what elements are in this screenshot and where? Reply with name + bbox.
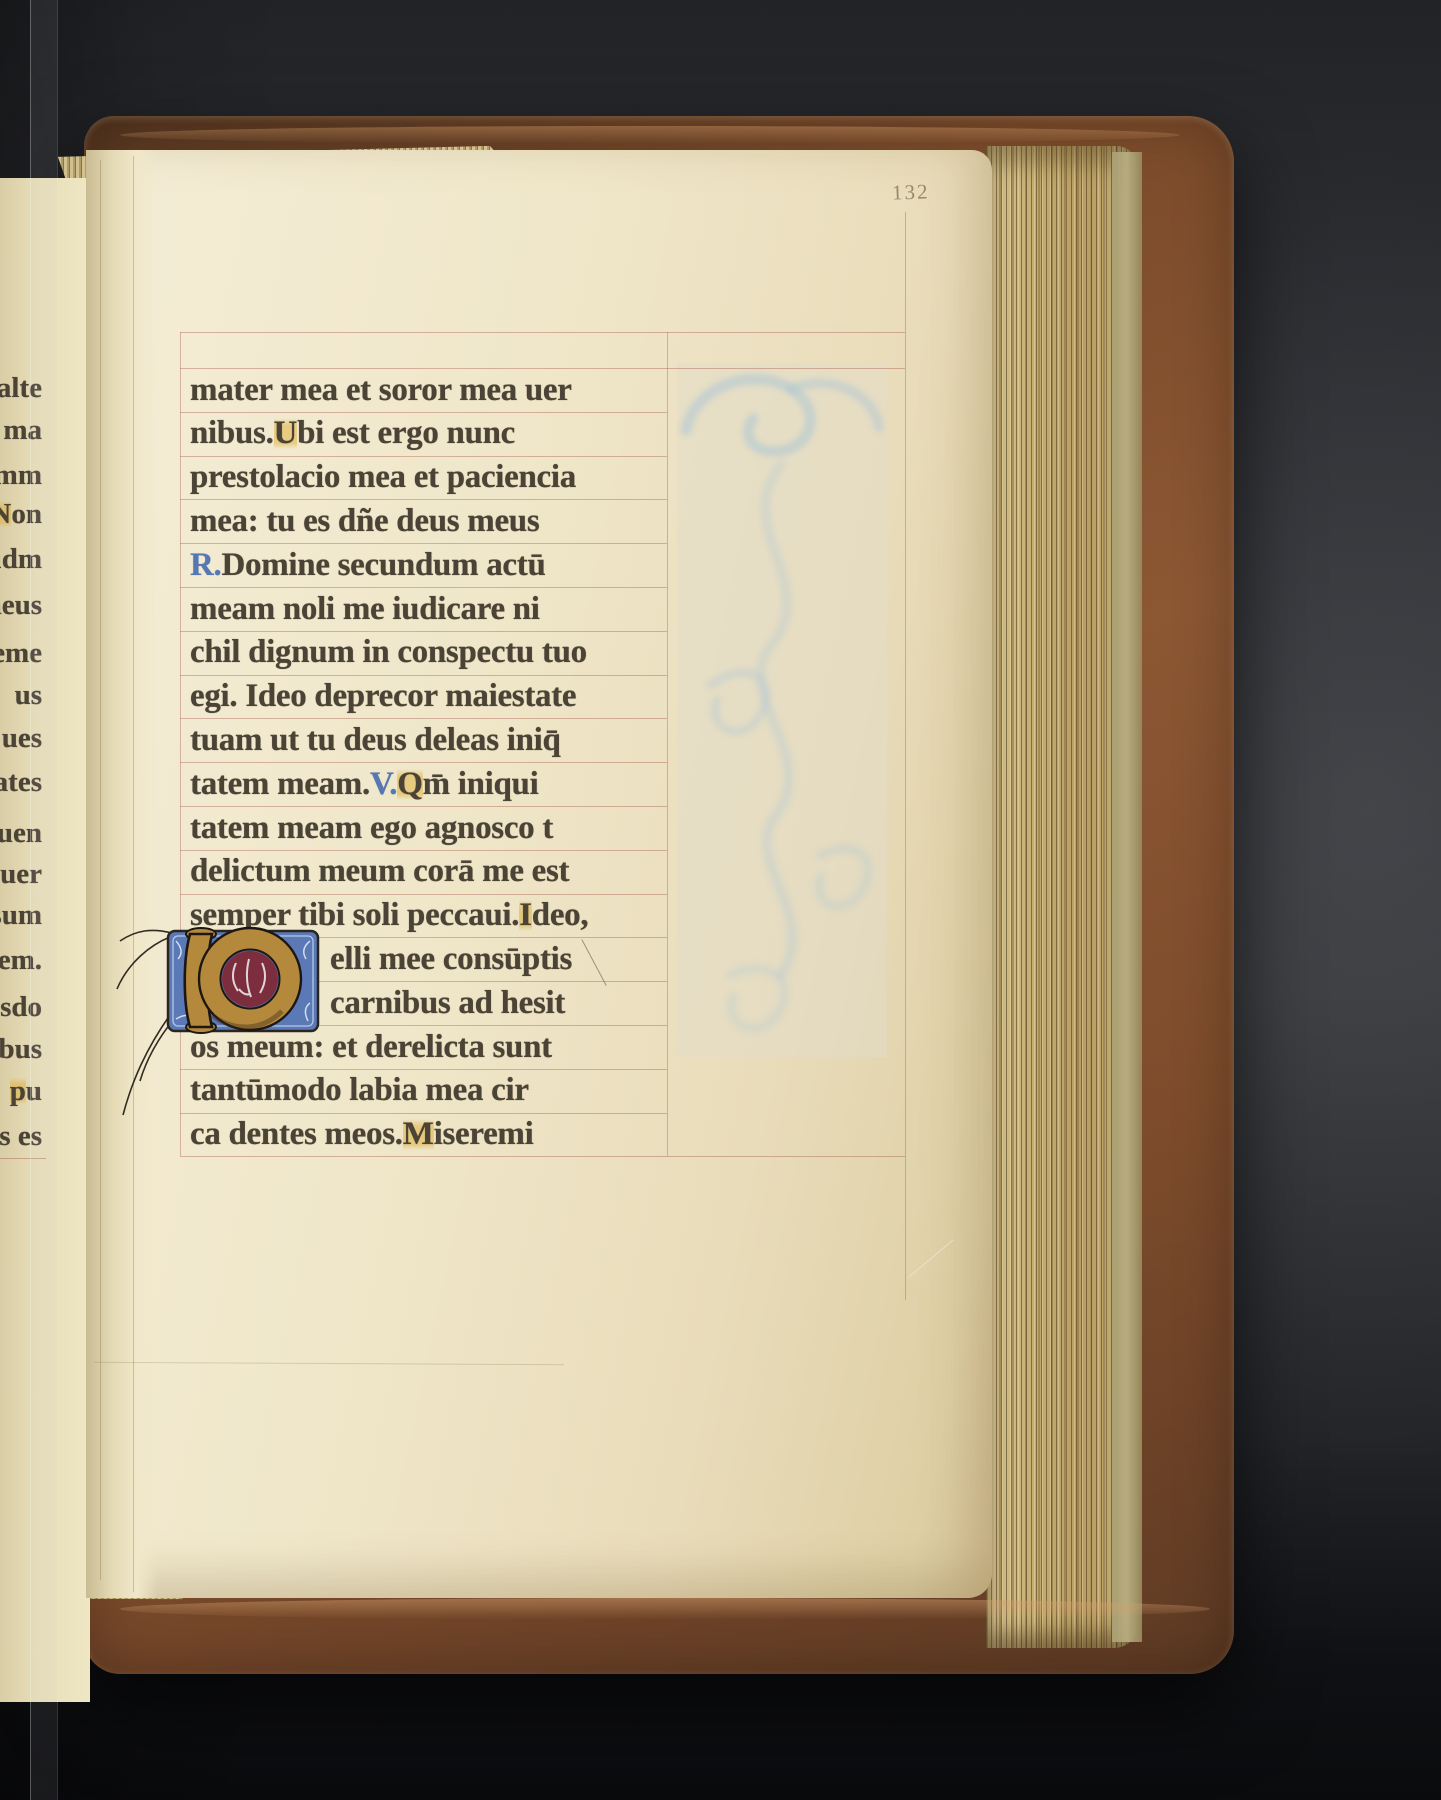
text-segment: carnibus ad hesit bbox=[330, 985, 565, 1022]
text-line: mater mea et soror mea uer bbox=[190, 368, 680, 412]
text-line: tuam ut tu deus deleas iniq̄ bbox=[190, 718, 680, 762]
text-segment: prestolacio mea et paciencia bbox=[190, 459, 576, 496]
text-line: mea: tu es dñe deus meus bbox=[190, 499, 680, 543]
text-segment: tatem meam. bbox=[190, 766, 370, 803]
text-segment: deo, bbox=[532, 897, 589, 934]
manuscript-photograph: altemammNonudmneusemeusuesatesquenuersum… bbox=[0, 0, 1441, 1800]
scratch-mark bbox=[908, 1239, 953, 1277]
text-segment: elli mee consūptis bbox=[330, 941, 572, 978]
folio-number: 132 bbox=[892, 179, 930, 205]
rubric-letter: V. bbox=[370, 766, 397, 803]
cradle-glass-edge bbox=[30, 0, 58, 1800]
text-line: egi. Ideo deprecor maiestate bbox=[190, 675, 680, 719]
text-line: R. Domine secundum actū bbox=[190, 543, 680, 587]
text-segment: chil dignum in conspectu tuo bbox=[190, 634, 587, 671]
text-line: tatem meam ego agnosco t bbox=[190, 806, 680, 850]
text-line: nibus. Ubi est ergo nunc bbox=[190, 412, 680, 456]
highlighted-capital: U bbox=[274, 415, 298, 452]
highlighted-capital: M bbox=[403, 1116, 434, 1153]
highlighted-capital: I bbox=[519, 897, 532, 934]
rubric-letter: R. bbox=[190, 547, 221, 584]
text-segment: iseremi bbox=[434, 1116, 534, 1153]
text-segment: bi est ergo nunc bbox=[297, 415, 515, 452]
page-stack-inner-edge bbox=[1112, 152, 1142, 1642]
text-line: delictum meum corā me est bbox=[190, 850, 680, 894]
highlighted-capital: Q bbox=[397, 766, 422, 803]
page-crease-horizontal bbox=[94, 1362, 564, 1365]
text-segment: egi. Ideo deprecor maiestate bbox=[190, 678, 576, 715]
text-line: tatem meam. V. Qm̄ iniqui bbox=[190, 762, 680, 806]
text-line: prestolacio mea et paciencia bbox=[190, 456, 680, 500]
text-segment: nibus. bbox=[190, 415, 274, 452]
ruling-line bbox=[905, 212, 906, 1300]
illuminated-initial: P bbox=[112, 915, 327, 1125]
text-segment: delictum meum corā me est bbox=[190, 853, 569, 890]
text-line: chil dignum in conspectu tuo bbox=[190, 631, 680, 675]
page-crease bbox=[100, 160, 101, 1580]
highlighted-capital: p bbox=[10, 1075, 26, 1107]
text-segment: m̄ iniqui bbox=[423, 766, 539, 803]
illuminated-initial-artwork bbox=[112, 915, 327, 1125]
highlighted-capital: N bbox=[0, 498, 11, 530]
text-line: meam noli me iudicare ni bbox=[190, 587, 680, 631]
text-segment: tatem meam ego agnosco t bbox=[190, 810, 553, 847]
text-segment: mea: tu es dñe deus meus bbox=[190, 503, 539, 540]
text-segment: Domine secundum actū bbox=[221, 547, 545, 584]
ruling-line bbox=[180, 332, 905, 333]
page-crease bbox=[133, 156, 134, 1592]
leather-bottom-highlight bbox=[120, 1598, 1210, 1620]
text-segment: tuam ut tu deus deleas iniq̄ bbox=[190, 722, 561, 759]
manuscript-page: mater mea et soror mea uernibus. Ubi est… bbox=[86, 150, 992, 1598]
gutter-shading bbox=[86, 150, 158, 1598]
leather-top-highlight bbox=[120, 126, 1180, 144]
text-segment: mater mea et soror mea uer bbox=[190, 372, 572, 409]
text-segment: meam noli me iudicare ni bbox=[190, 591, 540, 628]
